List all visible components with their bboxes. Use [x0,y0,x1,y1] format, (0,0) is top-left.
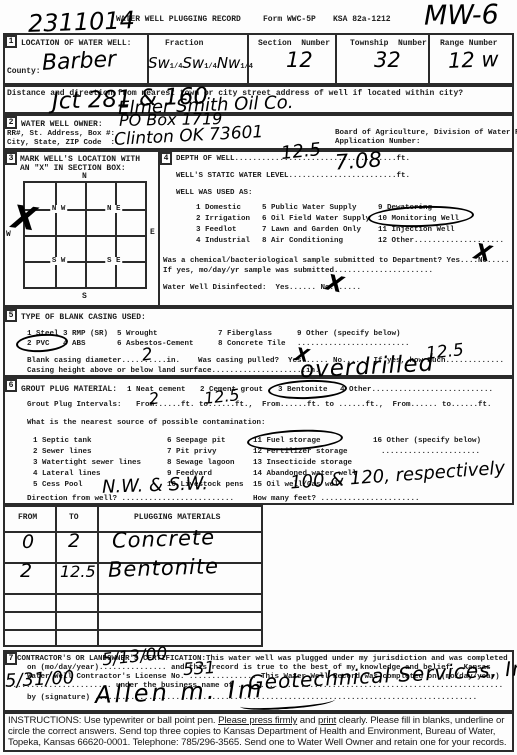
table-cell-handwritten: 2 [20,562,32,581]
interval-to-handwritten: 12.5 [203,387,240,407]
table-line [3,593,263,595]
table-header-to: TO [69,513,79,522]
used-as-option: 8 Air Conditioning [262,237,343,246]
table-cell-handwritten: 2 [68,532,80,551]
well-id-handwritten: MW-6 [424,1,499,29]
grid-north-label: N [82,172,87,181]
serial-number-handwritten: 2311014 [28,8,136,36]
section5-number-box: 5 [5,309,17,322]
used-as-option: 7 Lawn and Garden Only [262,226,361,235]
grout-material-label: GROUT PLUG MATERIAL: [21,385,117,394]
fraction-handwritten: Sw1/4Sw1/4Nw1/4 [148,54,253,73]
sample-date-line: If yes, mo/day/yr sample was submitted..… [163,267,433,276]
section3-title-line2: AN "X" IN SECTION BOX: [20,164,126,173]
table-line [97,505,99,647]
grid-south-label: S [82,292,87,301]
water-well-plugging-record-form: 2311014 WATER WELL PLUGGING RECORD Form … [0,0,517,755]
used-as-option: 4 Industrial [196,237,250,246]
section6-number-box: 6 [5,379,17,392]
township-number-label: Township Number [350,39,427,48]
contamination-label: What is the nearest source of possible c… [27,419,266,428]
table-cell-handwritten: Bentonite [108,556,220,581]
casing-option: 5 Wrought [117,330,158,339]
interval-from-handwritten: 2 [148,390,160,407]
casing-option: 8 Concrete Tile [218,340,286,349]
used-as-option: 5 Public Water Supply [262,204,357,213]
casing-option: 9 Other (specify below) [297,330,401,339]
table-line [3,611,263,613]
casing-height-line: Casing height above or below land surfac… [27,367,320,376]
date-completed-handwritten: 5/31/00 [5,669,75,691]
application-number-label: Application Number: [335,138,421,147]
fraction-print3: 1/4 [240,63,253,71]
table-header-from: FROM [18,513,37,522]
contamination-option: 5 Cess Pool [33,481,83,490]
instructions-underlined2: print [318,715,336,726]
section-number-handwritten: 12 [286,50,313,71]
grid-line [25,209,145,211]
board-label: Board of Agriculture, Division of Water … [335,129,517,138]
contamination-option: 8 Sewage lagoon [167,459,235,468]
section2-number-box: 2 [5,116,17,129]
divider [158,150,160,307]
direction-handwritten: N.W. & S.W. [102,475,208,497]
casing-option: 3 RMP (SR) [63,330,108,339]
grid-sw-label: S W [50,257,68,265]
used-as-option: 2 Irrigation [196,215,250,224]
diameter-handwritten: 2 [141,346,154,364]
grid-line [25,235,145,237]
fraction-q3: Nw [217,54,241,72]
statute-number: KSA 82a-1212 [333,15,391,24]
section-location-grid: N W N E S W S E [23,181,147,289]
contamination-other-dots: ...................... [381,448,480,457]
table-cell-handwritten: 0 [22,533,34,552]
fraction-q1: Sw [148,54,170,72]
casing-option: 6 Asbestos-Cement [117,340,194,349]
fraction-print2: 1/4 [204,63,217,71]
section-number-label: Section Number [258,39,330,48]
casing-option: 7 Fiberglass [218,330,272,339]
divider [428,33,430,85]
casing-other-dots: ......................... [297,340,410,349]
instructions-text: INSTRUCTIONS: Use typewriter or ball poi… [8,715,510,749]
static-level-handwritten: 7.08 [334,149,382,173]
used-as-option: 11 Injection Well [378,226,455,235]
grout-option: 4 Other........................... [340,386,493,395]
county-handwritten: Barber [41,49,116,75]
contamination-option: 7 Pit privy [167,448,217,457]
city-label: City, State, ZIP Code : [7,139,115,148]
table-cell-handwritten: Concrete [112,527,216,552]
instructions-underlined1: Please press firmly [218,715,297,726]
contamination-option: 3 Watertight sewer lines [33,459,141,468]
used-as-option: 6 Oil Field Water Supply [262,215,370,224]
township-number-handwritten: 32 [374,50,401,71]
address-label: RR#, St. Address, Box #: [7,130,115,139]
section5-title: TYPE OF BLANK CASING USED: [21,313,146,322]
well-used-as-label: WELL WAS USED AS: [176,189,253,198]
grout-intervals-line: From......ft. to......ft., From......ft.… [136,401,492,410]
table-line [3,629,263,631]
range-number-handwritten: 12 w [448,49,499,72]
instructions-part2: and [297,715,318,726]
casing-diameter-line: Blank casing diameter..........in. [27,357,180,366]
section7-number-box: 7 [5,652,17,665]
grid-ne-label: N E [105,205,123,213]
county-label: County: [7,67,41,76]
grid-se-label: S E [105,257,123,265]
divider [335,33,337,85]
owner-label: WATER WELL OWNER: [21,120,103,129]
grid-line [25,261,145,263]
section1-number-box: 1 [5,35,17,48]
form-number: Form WWC-5P [263,15,316,24]
static-water-level-line: WELL'S STATIC WATER LEVEL...............… [176,172,410,181]
instructions-part1: INSTRUCTIONS: Use typewriter or ball poi… [8,715,218,726]
section3-title-line1: MARK WELL'S LOCATION WITH [20,155,140,164]
section3-number-box: 3 [5,152,17,165]
fraction-q2: Sw [182,54,204,72]
contamination-option: 2 Sewer lines [33,448,92,457]
contamination-option: 1 Septic tank [33,437,92,446]
contamination-option: 16 Other (specify below) [373,437,481,446]
grid-east-label: E [150,228,155,237]
table-header-materials: PLUGGING MATERIALS [134,513,220,522]
fraction-label: Fraction [165,39,203,48]
how-many-feet-line: How many feet? ...................... [253,495,420,504]
table-cell-handwritten: 12.5 [60,564,96,580]
depth-handwritten: 12.5 [280,141,322,163]
section4-number-box: 4 [160,152,172,165]
contamination-option: 4 Lateral lines [33,470,101,479]
used-as-option: 1 Domestic [196,204,241,213]
well-location-x-mark: X [10,200,39,235]
grout-intervals-label: Grout Plug Intervals: [27,401,122,410]
used-as-option: 3 Feedlot [196,226,237,235]
table-line [55,505,57,647]
grid-nw-label: N W [50,205,68,213]
contamination-option: 6 Seepage pit [167,437,226,446]
chemical-sample-line: Was a chemical/bacteriological sample su… [163,257,510,266]
contamination-option: 13 Insecticide storage [253,459,352,468]
fraction-print1: 1/4 [170,63,183,71]
